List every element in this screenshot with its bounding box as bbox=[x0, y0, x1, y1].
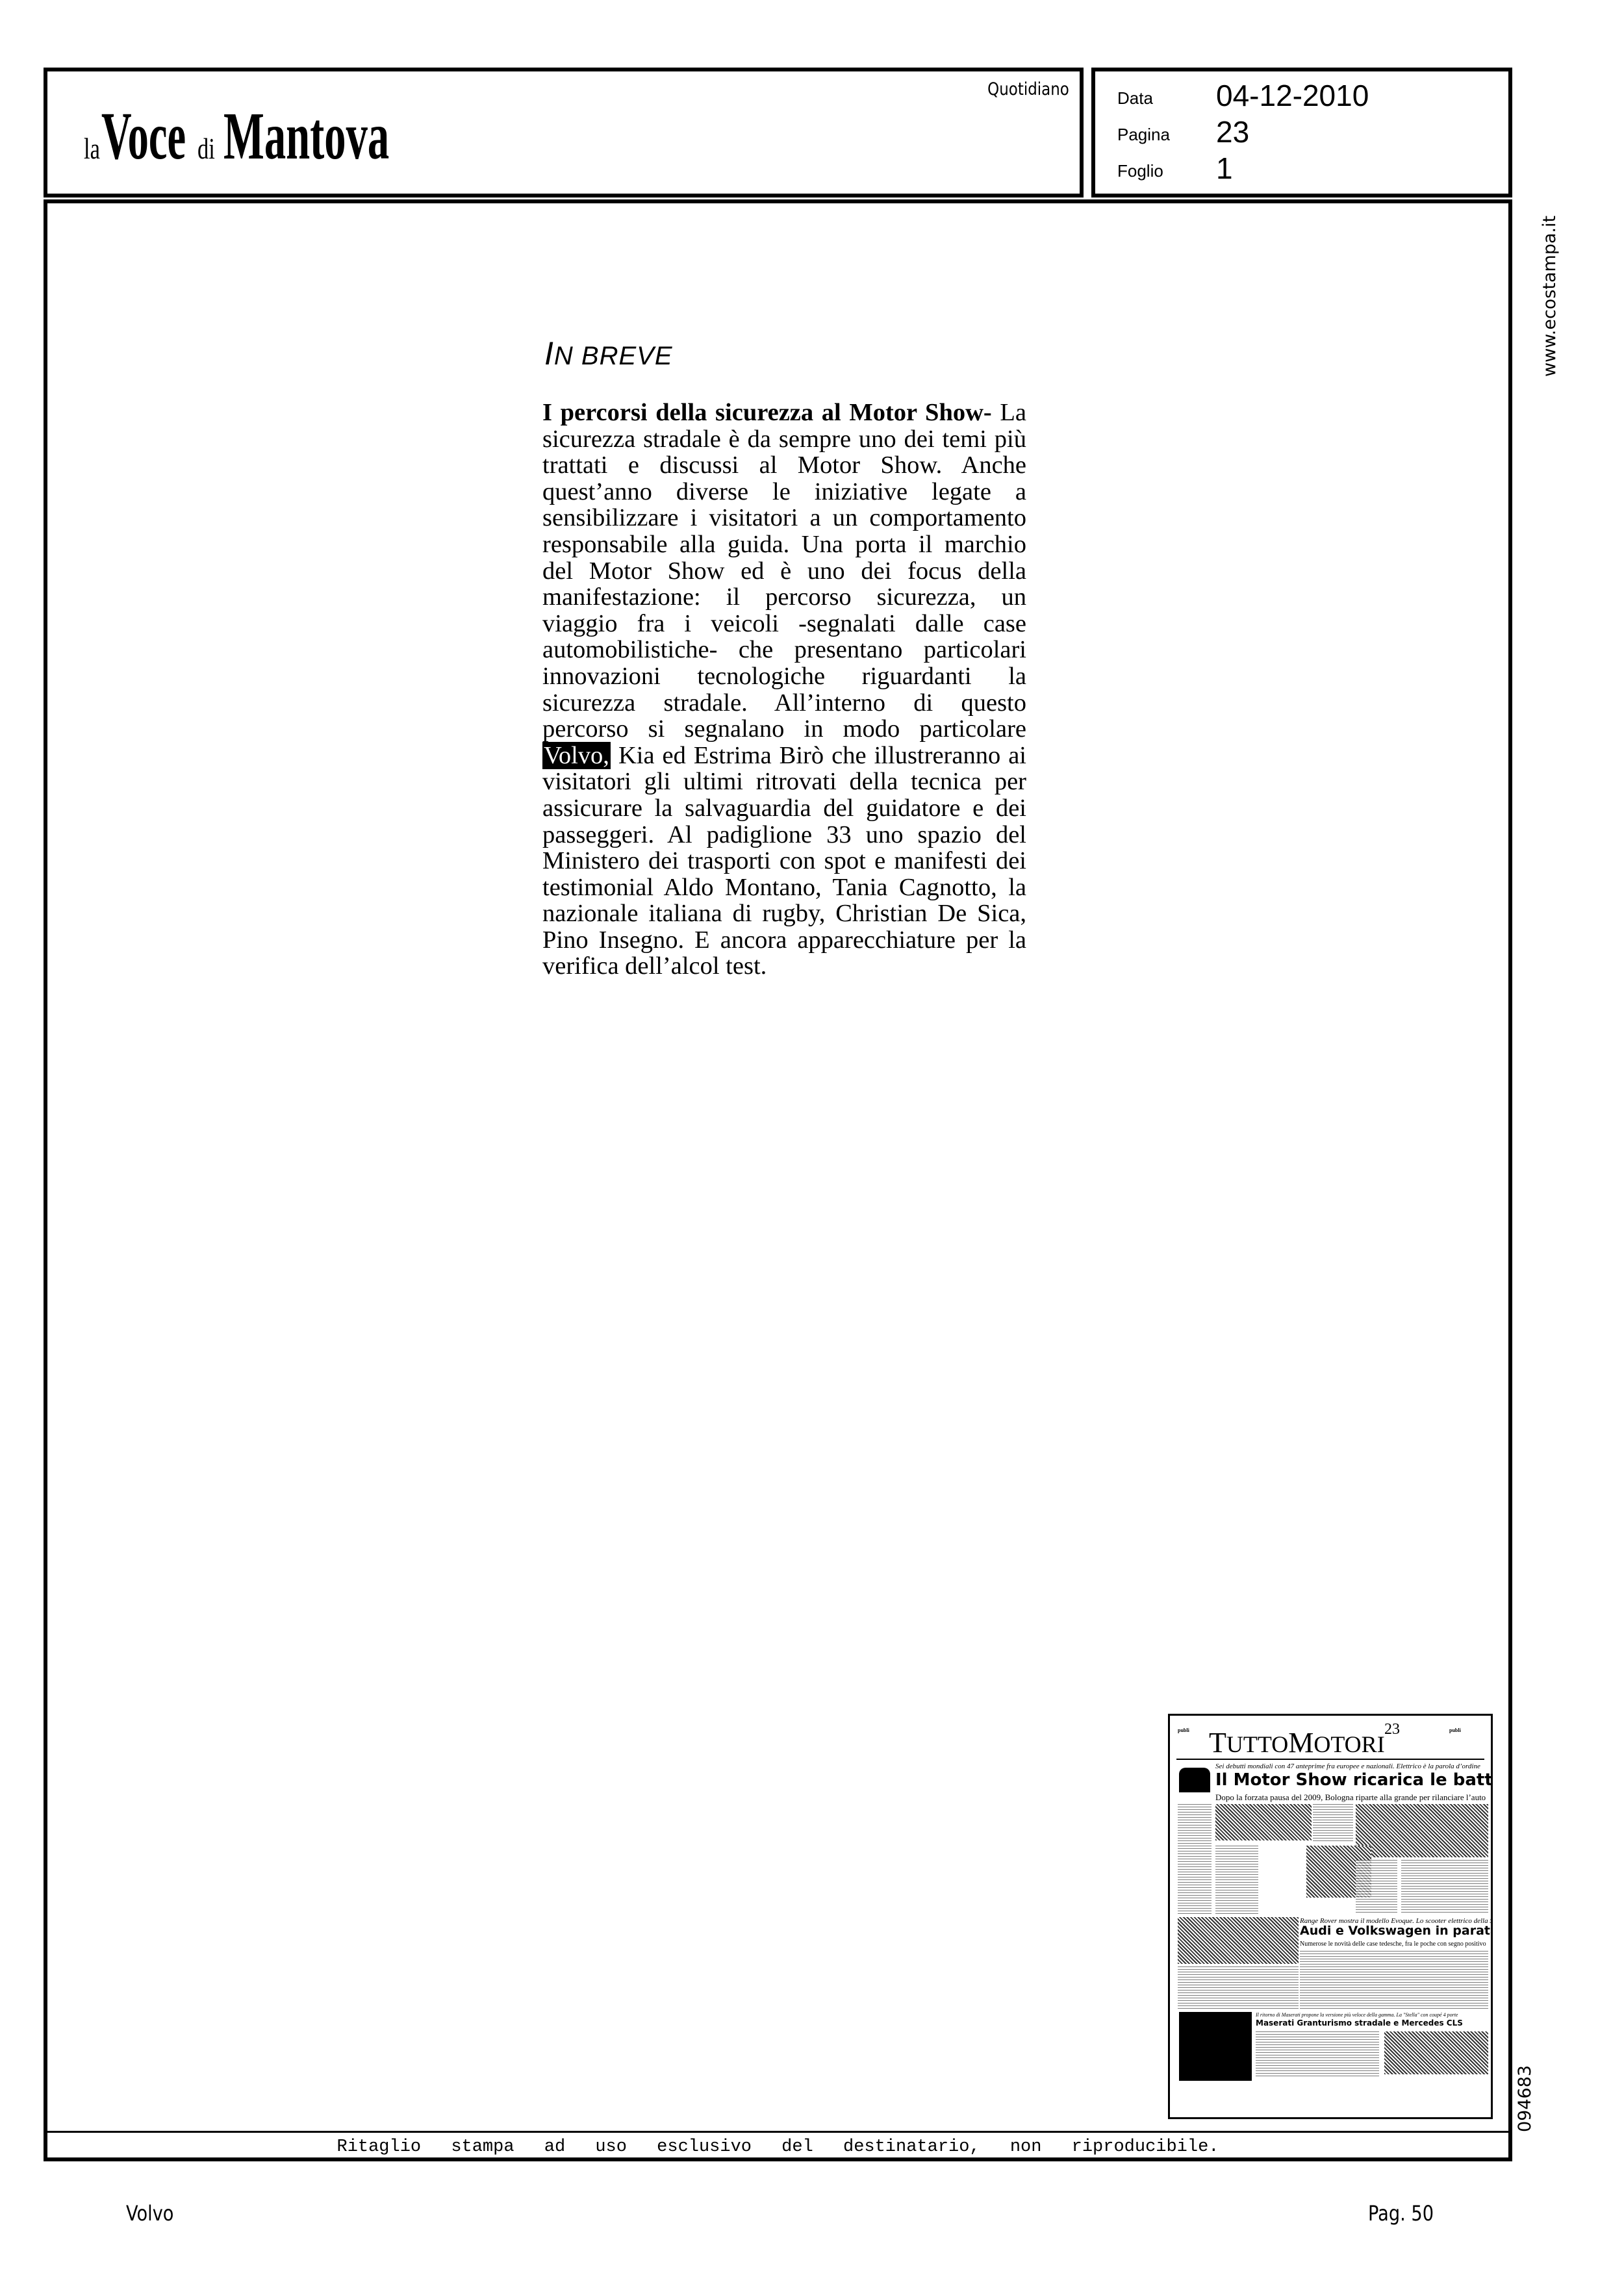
masthead-utto: UTTO bbox=[1226, 1731, 1288, 1757]
data-value: 04-12-2010 bbox=[1216, 81, 1369, 110]
section-heading: IN BREVE bbox=[544, 335, 673, 372]
website-vertical-text: www.ecostampa.it bbox=[1540, 216, 1560, 377]
article-lead: I percorsi della sicurezza al Motor Show… bbox=[542, 399, 992, 426]
publication-type: Quotidiano bbox=[987, 79, 1069, 99]
thumbnail-car-icon bbox=[1179, 1768, 1210, 1792]
thumbnail-sub-1: Dopo la forzata pausa del 2009, Bologna … bbox=[1215, 1792, 1486, 1803]
pagina-label: Pagina bbox=[1117, 125, 1170, 145]
article-text-1: La sicurezza stradale è da sempre uno de… bbox=[542, 399, 1026, 743]
thumbnail-text-column bbox=[1215, 1846, 1258, 1914]
thumbnail-ad-right-label: publi bbox=[1449, 1727, 1461, 1733]
article-text-2: Kia ed Estrima Birò che illustreranno ai… bbox=[542, 742, 1026, 980]
meta-row-pagina: Pagina 23 bbox=[1117, 117, 1507, 149]
metadata-box: Data 04-12-2010 Pagina 23 Foglio 1 bbox=[1091, 68, 1512, 197]
thumbnail-boxed-brief bbox=[1179, 2012, 1252, 2081]
thumbnail-photo-2 bbox=[1356, 1804, 1488, 1857]
masthead-m: M bbox=[1288, 1727, 1313, 1759]
disclaimer-divider bbox=[47, 2131, 1508, 2133]
thumbnail-text-column bbox=[1313, 1804, 1353, 1843]
masthead-otori: OTORI bbox=[1313, 1731, 1384, 1757]
thumbnail-text-column bbox=[1178, 1966, 1299, 2009]
thumbnail-rule bbox=[1176, 1759, 1484, 1760]
clipping-code: 094683 bbox=[1515, 2065, 1535, 2132]
data-label: Data bbox=[1117, 88, 1153, 108]
foglio-value: 1 bbox=[1216, 153, 1233, 183]
logo-mantova: Mantova bbox=[223, 103, 389, 170]
logo-voce: Voce bbox=[101, 103, 186, 170]
thumbnail-kicker-1: Sei debutti mondiali con 47 anteprime fr… bbox=[1215, 1762, 1480, 1770]
article-paragraph: I percorsi della sicurezza al Motor Show… bbox=[542, 400, 1026, 980]
meta-row-data: Data 04-12-2010 bbox=[1117, 81, 1507, 113]
foglio-label: Foglio bbox=[1117, 161, 1163, 181]
thumbnail-headline-1: Il Motor Show ricarica le batterie bbox=[1215, 1770, 1493, 1790]
highlighted-keyword: Volvo, bbox=[542, 742, 611, 769]
thumbnail-text-column bbox=[1300, 1951, 1488, 2009]
thumbnail-text-column bbox=[1356, 1860, 1397, 1914]
thumbnail-photo-5 bbox=[1384, 2031, 1488, 2074]
thumbnail-headline-2: Audi e Volkswagen in parata bbox=[1300, 1924, 1493, 1938]
thumbnail-photo-1 bbox=[1215, 1804, 1312, 1840]
thumbnail-text-column bbox=[1178, 1804, 1212, 1914]
thumbnail-photo-4 bbox=[1178, 1917, 1299, 1964]
section-heading-initial: I bbox=[544, 335, 554, 372]
meta-row-foglio: Foglio 1 bbox=[1117, 153, 1507, 186]
thumbnail-sub-2: Numerose le novità delle case tedesche, … bbox=[1300, 1940, 1486, 1948]
thumbnail-ad-right: publi bbox=[1449, 1727, 1485, 1733]
pagina-value: 23 bbox=[1216, 117, 1249, 147]
logo-di: di bbox=[197, 134, 215, 164]
article-body: I percorsi della sicurezza al Motor Show… bbox=[542, 400, 1026, 980]
thumbnail-masthead: TUTTOMOTORI bbox=[1209, 1726, 1378, 1759]
thumbnail-ad-left: publi bbox=[1178, 1727, 1213, 1733]
thumbnail-text-column bbox=[1401, 1860, 1488, 1914]
footer-page-number: Pag. 50 bbox=[1368, 2201, 1434, 2226]
footer-keyword: Volvo bbox=[126, 2201, 173, 2226]
thumbnail-text-column bbox=[1256, 2031, 1379, 2078]
page-thumbnail: publi publi TUTTOMOTORI 23 Sei debutti m… bbox=[1168, 1714, 1493, 2119]
disclaimer-text: Ritaglio stampa ad uso esclusivo del des… bbox=[0, 2137, 1556, 2157]
newspaper-logo: laVocediMantova bbox=[84, 103, 483, 170]
masthead-box: laVocediMantova Quotidiano bbox=[44, 68, 1084, 197]
logo-la: la bbox=[84, 134, 100, 164]
section-heading-rest: N BREVE bbox=[554, 342, 673, 370]
thumbnail-kicker-3: Il ritorno di Maserati propone la versio… bbox=[1256, 2012, 1458, 2018]
thumbnail-headline-3: Maserati Granturismo stradale e Mercedes… bbox=[1256, 2018, 1463, 2028]
thumbnail-ad-left-label: publi bbox=[1178, 1727, 1189, 1733]
thumbnail-page-number: 23 bbox=[1384, 1721, 1400, 1738]
masthead-t: T bbox=[1209, 1727, 1226, 1759]
